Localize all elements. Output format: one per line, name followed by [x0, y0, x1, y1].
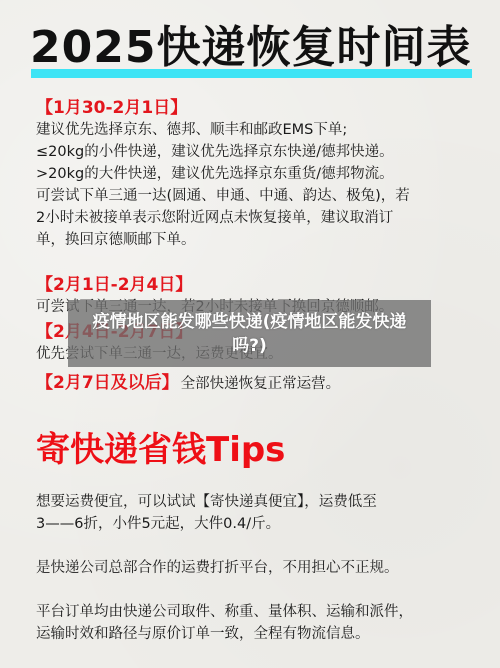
title-block: 2025快递恢复时间表	[30, 20, 472, 80]
section-line: >20kg的大件快递，建议优先选择京东重货/德邦物流。	[36, 163, 466, 185]
date-range-label: 【2月7日及以后】	[36, 372, 179, 394]
tips-line: 想要运费便宜，可以试试【寄快递真便宜】，运费低至	[36, 491, 466, 513]
poster: 2025快递恢复时间表 【1月30-2月1日】 建议优先选择京东、德邦、顺丰和邮…	[0, 0, 500, 668]
caption-text: 疫情地区能发哪些快递(疫情地区能发快递吗?)	[80, 310, 420, 358]
tips-title: 寄快递省钱Tips	[36, 428, 285, 472]
section-line: 单，换回京德顺邮下单。	[36, 229, 466, 251]
section-line: 建议优先选择京东、德邦、顺丰和邮政EMS下单;	[36, 119, 466, 141]
schedule-section-1: 【1月30-2月1日】 建议优先选择京东、德邦、顺丰和邮政EMS下单; ≤20k…	[36, 97, 466, 251]
tips-line: 平台订单均由快递公司取件、称重、量体积、运输和派件，	[36, 601, 466, 623]
schedule-section-4: 【2月7日及以后】 全部快递恢复正常运营。	[36, 372, 466, 395]
page-title: 2025快递恢复时间表	[30, 22, 471, 74]
section-line: ≤20kg的小件快递，建议优先选择京东快递/德邦快递。	[36, 141, 466, 163]
tips-paragraph-3: 平台订单均由快递公司取件、称重、量体积、运输和派件， 运输时效和路径与原价订单一…	[36, 601, 466, 645]
tips-line: 是快递公司总部合作的运费打折平台，不用担心不正规。	[36, 557, 466, 579]
date-range-label: 【1月30-2月1日】	[36, 97, 466, 119]
section-inline-text: 全部快递恢复正常运营。	[181, 373, 341, 395]
date-range-label: 【2月1日-2月4日】	[36, 274, 466, 296]
tips-paragraph-1: 想要运费便宜，可以试试【寄快递真便宜】，运费低至 3——6折，小件5元起，大件0…	[36, 491, 466, 535]
caption-overlay: 疫情地区能发哪些快递(疫情地区能发快递吗?)	[68, 300, 431, 367]
section-line: 2小时未被接单表示您附近网点未恢复接单，建议取消订	[36, 207, 466, 229]
tips-line: 3——6折，小件5元起，大件0.4/斤。	[36, 513, 466, 535]
tips-line: 运输时效和路径与原价订单一致，全程有物流信息。	[36, 623, 466, 645]
tips-paragraph-2: 是快递公司总部合作的运费打折平台，不用担心不正规。	[36, 557, 466, 579]
section-line: 可尝试下单三通一达(圆通、申通、中通、韵达、极兔)，若	[36, 185, 466, 207]
